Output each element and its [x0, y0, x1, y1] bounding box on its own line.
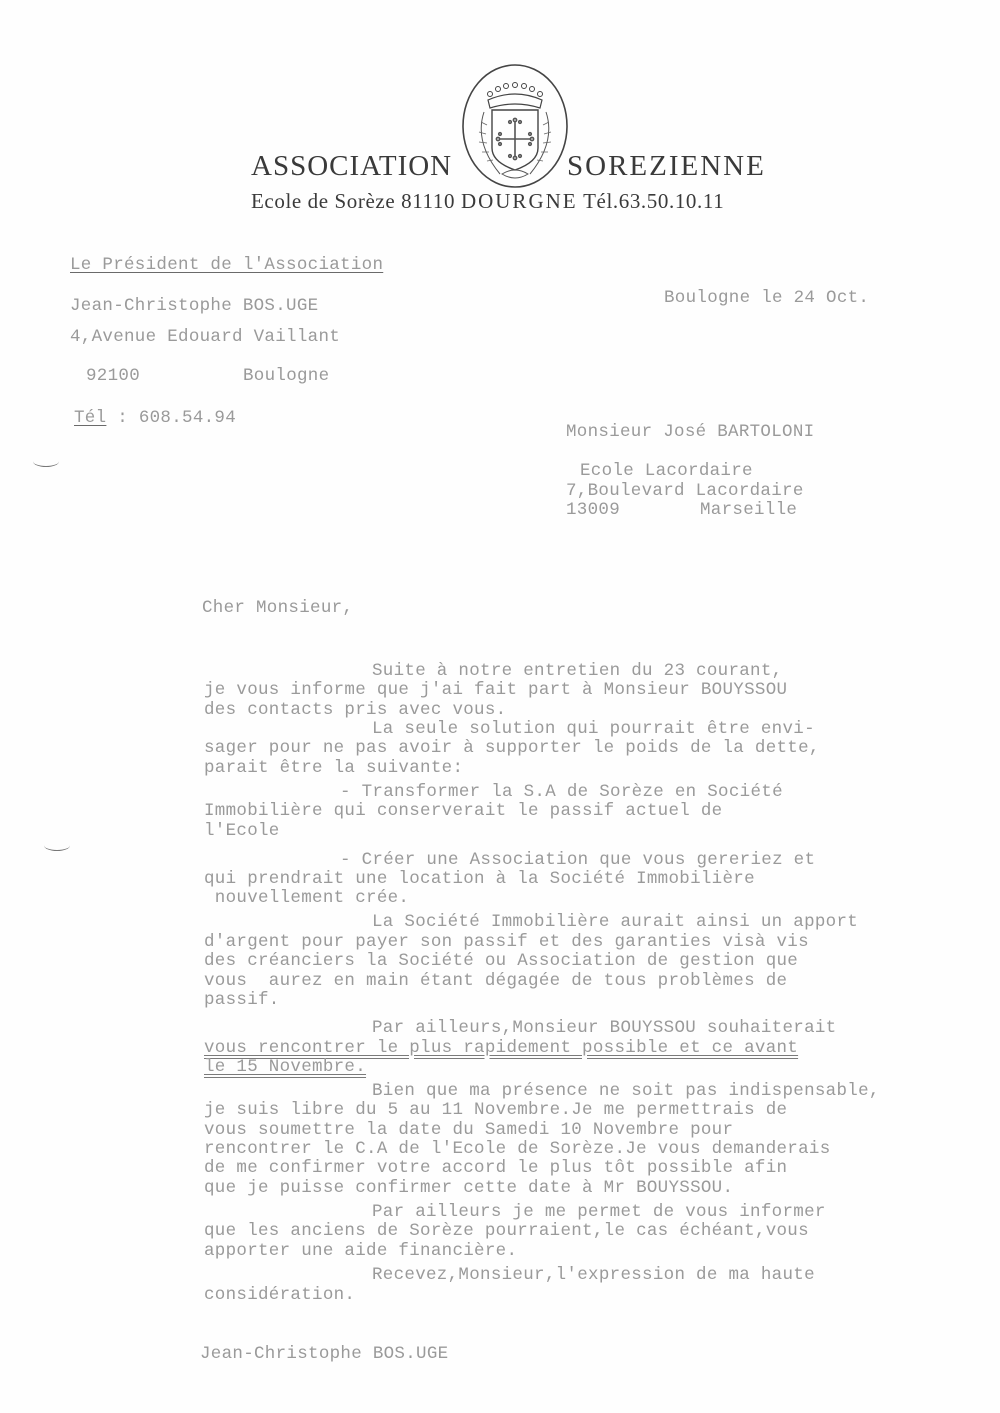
recipient-postcode: 13009	[566, 500, 620, 520]
body-line: que je puisse confirmer cette date à Mr …	[204, 1178, 733, 1198]
body-line: considération.	[204, 1285, 355, 1305]
body-line: passif.	[204, 990, 280, 1010]
body-line: je vous informe que j'ai fait part à Mon…	[204, 680, 787, 700]
body-line: sager pour ne pas avoir à supporter le p…	[204, 738, 820, 758]
recipient-line1: Ecole Lacordaire	[580, 461, 753, 481]
body-line: La seule solution qui pourrait être envi…	[372, 719, 815, 739]
body-line: - Transformer la S.A de Sorèze en Sociét…	[340, 782, 783, 802]
sender-phone-label: Tél	[74, 408, 106, 428]
org-name-right: SOREZIENNE	[567, 150, 766, 183]
margin-mark	[33, 456, 59, 467]
coat-of-arms-crest-icon	[460, 62, 570, 190]
body-line: nouvellement crée.	[204, 888, 409, 908]
body-line: Bien que ma présence ne soit pas indispe…	[372, 1081, 880, 1101]
org-city: DOURGNE	[461, 189, 578, 213]
body-line: des créanciers la Société ou Association…	[204, 951, 798, 971]
letter-page: ASSOCIATION SOREZIENNE Ecole de Sorèze 8…	[0, 0, 1000, 1413]
recipient-name: Monsieur José BARTOLONI	[566, 422, 814, 442]
body-line: d'argent pour payer son passif et des ga…	[204, 932, 809, 952]
letterhead: ASSOCIATION SOREZIENNE Ecole de Sorèze 8…	[0, 0, 1000, 230]
body-line: apporter une aide financière.	[204, 1241, 517, 1261]
date-line: Boulogne le 24 Oct.	[664, 288, 869, 308]
body-line: le 15 Novembre.	[204, 1057, 366, 1077]
org-phone: Tél.63.50.10.11	[583, 189, 724, 213]
sender-title: Le Président de l'Association	[70, 255, 383, 275]
body-line: Par ailleurs je me permet de vous inform…	[372, 1202, 826, 1222]
org-school: Ecole de Sorèze	[251, 189, 395, 213]
org-name-left: ASSOCIATION	[251, 150, 452, 183]
body-line: parait être la suivante:	[204, 758, 463, 778]
recipient-line2: 7,Boulevard Lacordaire	[566, 481, 804, 501]
body-line: Immobilière qui conserverait le passif a…	[204, 801, 722, 821]
body-line: l'Ecole	[204, 821, 280, 841]
body-line: je suis libre du 5 au 11 Novembre.Je me …	[204, 1100, 787, 1120]
sender-postcode: 92100	[86, 366, 140, 386]
recipient-city: Marseille	[700, 500, 797, 520]
body-line: vous rencontrer le plus rapidement possi…	[204, 1038, 798, 1058]
org-postcode: 81110	[401, 189, 455, 213]
body-line: Suite à notre entretien du 23 courant,	[372, 661, 782, 681]
body-line: rencontrer le C.A de l'Ecole de Sorèze.J…	[204, 1139, 831, 1159]
sender-phone: Tél : 608.54.94	[74, 408, 236, 428]
body-line: Recevez,Monsieur,l'expression de ma haut…	[372, 1265, 815, 1285]
org-address: Ecole de Sorèze 81110 DOURGNE Tél.63.50.…	[251, 189, 724, 214]
sender-city: Boulogne	[243, 366, 329, 386]
body-line: - Créer une Association que vous gererie…	[340, 850, 815, 870]
body-line: vous aurez en main étant dégagée de tous…	[204, 971, 787, 991]
salutation: Cher Monsieur,	[202, 598, 353, 618]
body-line: La Société Immobilière aurait ainsi un a…	[372, 912, 858, 932]
body-line: des contacts pris avec vous.	[204, 700, 506, 720]
sender-street: 4,Avenue Edouard Vaillant	[70, 327, 340, 347]
body-line: que les anciens de Sorèze pourraient,le …	[204, 1221, 809, 1241]
signature: Jean-Christophe BOS.UGE	[200, 1344, 448, 1364]
body-line: de me confirmer votre accord le plus tôt…	[204, 1158, 787, 1178]
body-line: Par ailleurs,Monsieur BOUYSSOU souhaiter…	[372, 1018, 836, 1038]
sender-phone-value: : 608.54.94	[117, 408, 236, 428]
margin-mark	[44, 840, 70, 851]
body-line: vous soumettre la date du Samedi 10 Nove…	[204, 1120, 733, 1140]
sender-name: Jean-Christophe BOS.UGE	[70, 296, 318, 316]
body-line: qui prendrait une location à la Société …	[204, 869, 755, 889]
